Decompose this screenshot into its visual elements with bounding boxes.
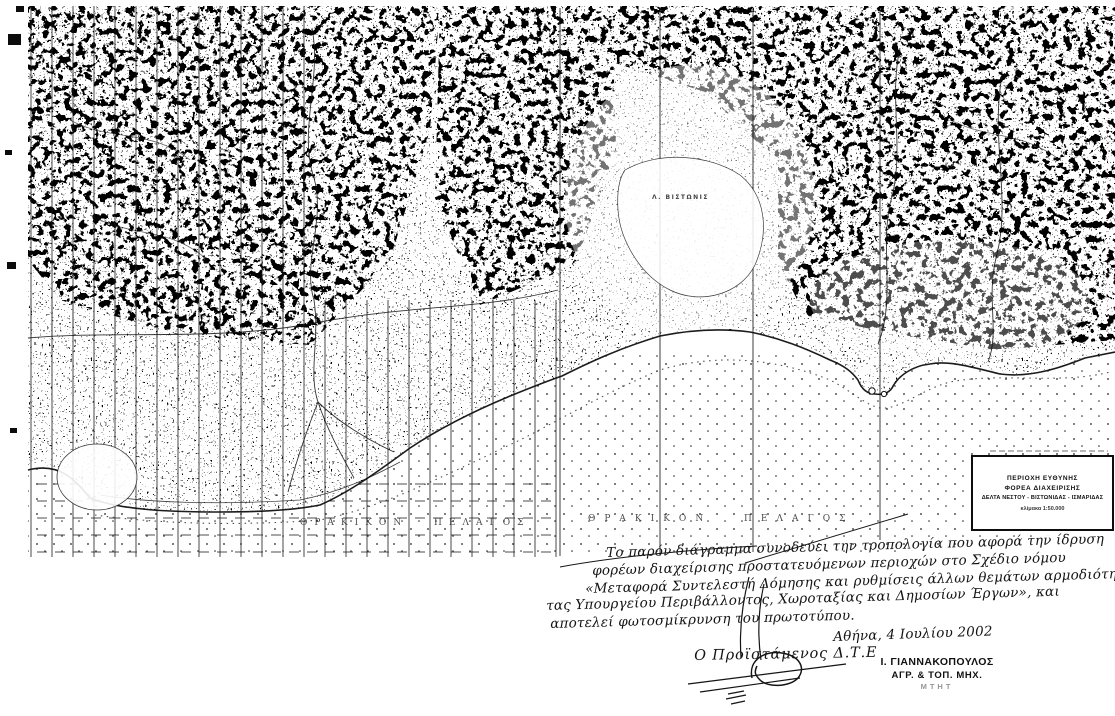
- legend-box: ΠΕΡΙΟΧΗ ΕΥΘΥΝΗΣ ΦΟΡΕΑ ΔΙΑΧΕΙΡΙΣΗΣ ΔΕΛΤΑ …: [971, 455, 1114, 531]
- stamp-name: Ι. ΓΙΑΝΝΑΚΟΠΟΥΛΟΣ: [858, 656, 1016, 668]
- sea-label-thracian-east: ΘΡΑΚΙΚΟΝ ΠΕΛΑΓΟΣ: [588, 514, 854, 524]
- lake-vistonida-label: Λ. ΒΙΣΤΩΝΙΣ: [652, 194, 709, 201]
- stamp-block: Ι. ΓΙΑΝΝΑΚΟΠΟΥΛΟΣ ΑΓΡ. & ΤΟΠ. ΜΗΧ. ΜΤΗΤ: [858, 656, 1016, 691]
- legend-line-3: ΔΕΛΤΑ ΝΕΣΤΟΥ - ΒΙΣΤΩΝΙΔΑΣ - ΙΣΜΑΡΙΔΑΣ: [982, 495, 1103, 501]
- harbour-circle: [881, 391, 886, 396]
- scanned-map-document: ΘΡΑΚΙΚΟΝ ΠΕΛΑΓΟΣ ΘΡΑΚΙΚΟΝ ΠΕΛΑΓΟΣ Λ. ΒΙΣ…: [0, 0, 1115, 716]
- harbour-circle: [869, 388, 875, 394]
- stamp-title: ΑΓΡ. & ΤΟΠ. ΜΗΧ.: [858, 670, 1016, 681]
- legend-line-1: ΠΕΡΙΟΧΗ ΕΥΘΥΝΗΣ: [1007, 475, 1078, 482]
- legend-line-2: ΦΟΡΕΑ ΔΙΑΧΕΙΡΙΣΗΣ: [1005, 485, 1081, 492]
- signer-title: Ο Προϊστάμενος Δ.Τ.Ε: [694, 645, 877, 664]
- lagoon-outline: [57, 444, 137, 510]
- legend-scale: κλίμακα 1:50.000: [1021, 506, 1065, 512]
- scan-margin-marks: [5, 6, 24, 433]
- sea-label-thracian-west: ΘΡΑΚΙΚΟΝ ΠΕΛΑΓΟΣ: [300, 518, 530, 528]
- stamp-partial-line: ΜΤΗΤ: [858, 682, 1016, 691]
